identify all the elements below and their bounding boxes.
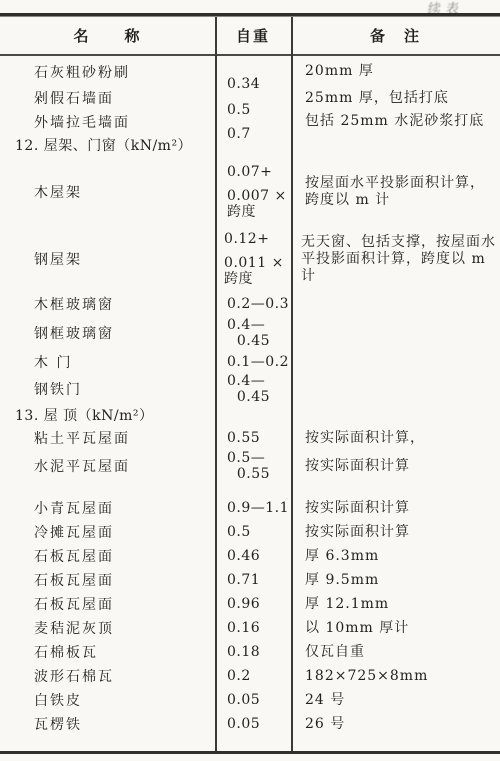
name-cell: 麦秸泥灰顶 bbox=[0, 616, 215, 640]
name-cell: 钢屋架 bbox=[0, 226, 212, 292]
table-row: 钢屋架0.12+0.011 ×跨度无天窗、包括支撑，按屋面水平投影面积计算，跨度… bbox=[0, 226, 500, 292]
self-weight-cell: 0.16 bbox=[215, 616, 291, 640]
remark-cell: 包括 25mm 水泥砂浆打底 bbox=[291, 110, 500, 133]
remark-cell bbox=[291, 404, 500, 426]
name-cell: 13. 屋 顶（kN/m²） bbox=[0, 404, 215, 426]
column-divider-weight-remark bbox=[291, 17, 293, 751]
header-self-weight-column: 自重 bbox=[215, 25, 291, 46]
name-cell: 石板瓦屋面 bbox=[0, 544, 215, 568]
table-row: 石板瓦屋面0.71厚 9.5mm bbox=[0, 568, 500, 592]
remark-cell: 厚 9.5mm bbox=[291, 568, 500, 592]
name-cell: 波形石棉瓦 bbox=[0, 664, 215, 688]
name-cell: 石棉板瓦 bbox=[0, 640, 215, 664]
table-row: 石灰粗砂粉刷0.3420mm 厚 bbox=[0, 57, 500, 86]
table-row: 水泥平瓦屋面0.5— 0.55按实际面积计算 bbox=[0, 450, 500, 482]
name-cell: 白铁皮 bbox=[0, 688, 215, 712]
self-weight-cell: 0.4— 0.45 bbox=[215, 374, 291, 404]
name-cell: 瓦楞铁 bbox=[0, 712, 215, 736]
remark-cell bbox=[291, 315, 500, 350]
self-weight-cell: 0.5— 0.55 bbox=[215, 450, 291, 482]
self-weight-cell: 0.1—0.2 bbox=[215, 350, 291, 374]
table-row: 瓦楞铁0.0526 号 bbox=[0, 712, 500, 736]
self-weight-cell: 0.7 bbox=[215, 122, 291, 145]
self-weight-cell: 0.55 bbox=[215, 426, 291, 450]
self-weight-cell: 0.5 bbox=[215, 98, 291, 122]
section-header-row: 13. 屋 顶（kN/m²） bbox=[0, 404, 500, 426]
remark-cell: 厚 6.3mm bbox=[291, 544, 500, 568]
remark-cell: 20mm 厚 bbox=[291, 57, 500, 86]
remark-cell: 按屋面水平投影面积计算，跨度以 m 计 bbox=[291, 157, 500, 226]
remark-cell: 按实际面积计算 bbox=[291, 496, 500, 520]
self-weight-cell: 0.07+0.007 ×跨度 bbox=[215, 157, 291, 226]
self-weight-cell: 0.05 bbox=[215, 688, 291, 712]
table-row: 石板瓦屋面0.96厚 12.1mm bbox=[0, 592, 500, 616]
self-weight-cell: 0.5 bbox=[215, 520, 291, 544]
header-remark-column: 备 注 bbox=[291, 25, 500, 46]
table-row: 木 门0.1—0.2 bbox=[0, 350, 500, 374]
name-cell: 小青瓦屋面 bbox=[0, 496, 215, 520]
self-weight-cell: 0.46 bbox=[215, 544, 291, 568]
table-body: 石灰粗砂粉刷0.3420mm 厚剁假石墙面0.525mm 厚，包括打底外墙拉毛墙… bbox=[0, 57, 500, 751]
self-weight-cell: 0.9—1.1 bbox=[215, 496, 291, 520]
name-cell: 粘土平瓦屋面 bbox=[0, 426, 215, 450]
table-row: 石棉板瓦0.18仅瓦自重 bbox=[0, 640, 500, 664]
remark-cell: 26 号 bbox=[291, 712, 500, 736]
table-row: 麦秸泥灰顶0.16以 10mm 厚计 bbox=[0, 616, 500, 640]
self-weight-cell: 0.2—0.3 bbox=[215, 292, 291, 315]
table-row: 冷摊瓦屋面0.5按实际面积计算 bbox=[0, 520, 500, 544]
table-row: 木框玻璃窗0.2—0.3 bbox=[0, 292, 500, 315]
table-row: 小青瓦屋面0.9—1.1按实际面积计算 bbox=[0, 496, 500, 520]
table-row: 钢铁门0.4— 0.45 bbox=[0, 374, 500, 404]
name-cell: 水泥平瓦屋面 bbox=[0, 450, 215, 482]
name-cell: 石灰粗砂粉刷 bbox=[0, 57, 215, 86]
name-cell: 12. 屋架、门窗（kN/m²） bbox=[0, 133, 215, 157]
remark-cell: 25mm 厚，包括打底 bbox=[291, 86, 500, 110]
name-cell: 剁假石墙面 bbox=[0, 86, 215, 110]
name-cell: 木屋架 bbox=[0, 157, 215, 226]
remark-cell: 以 10mm 厚计 bbox=[291, 616, 500, 640]
table-row: 白铁皮0.0524 号 bbox=[0, 688, 500, 712]
name-cell: 钢框玻璃窗 bbox=[0, 315, 215, 350]
name-cell: 木框玻璃窗 bbox=[0, 292, 215, 315]
table-row: 粘土平瓦屋面0.55按实际面积计算， bbox=[0, 426, 500, 450]
remark-cell: 按实际面积计算 bbox=[291, 520, 500, 544]
self-weight-cell: 0.96 bbox=[215, 592, 291, 616]
remark-cell: 厚 12.1mm bbox=[291, 592, 500, 616]
remark-cell: 按实际面积计算 bbox=[291, 450, 500, 482]
column-divider-name-weight bbox=[215, 17, 217, 751]
self-weight-cell: 0.18 bbox=[215, 640, 291, 664]
remark-cell: 按实际面积计算， bbox=[291, 426, 500, 450]
self-weight-cell: 0.34 bbox=[215, 69, 291, 98]
table-row: 波形石棉瓦0.2182×725×8mm bbox=[0, 664, 500, 688]
remark-cell bbox=[291, 133, 500, 157]
name-cell: 外墙拉毛墙面 bbox=[0, 110, 215, 133]
scanned-table-page: 续表 名 称 自重 备 注 石灰粗砂粉刷0.3420mm 厚剁假石墙面0.525… bbox=[0, 0, 500, 761]
table-row: 钢框玻璃窗0.4— 0.45 bbox=[0, 315, 500, 350]
remark-cell: 仅瓦自重 bbox=[291, 640, 500, 664]
header-name-column: 名 称 bbox=[0, 25, 215, 46]
table-header-row: 名 称 自重 备 注 bbox=[0, 17, 500, 56]
name-cell: 石板瓦屋面 bbox=[0, 568, 215, 592]
table-row: 木屋架0.07+0.007 ×跨度按屋面水平投影面积计算，跨度以 m 计 bbox=[0, 157, 500, 226]
self-weight-cell: 0.2 bbox=[215, 664, 291, 688]
bottom-border-rule bbox=[0, 751, 500, 754]
name-cell: 石板瓦屋面 bbox=[0, 592, 215, 616]
name-cell: 钢铁门 bbox=[0, 374, 215, 404]
remark-cell bbox=[291, 292, 500, 315]
self-weight-cell: 0.4— 0.45 bbox=[215, 315, 291, 350]
self-weight-cell: 0.12+0.011 ×跨度 bbox=[212, 226, 287, 292]
remark-cell: 182×725×8mm bbox=[291, 664, 500, 688]
remark-cell: 无天窗、包括支撑，按屋面水平投影面积计算，跨度以 m计 bbox=[287, 226, 500, 292]
name-cell: 冷摊瓦屋面 bbox=[0, 520, 215, 544]
remark-cell: 24 号 bbox=[291, 688, 500, 712]
name-cell: 木 门 bbox=[0, 350, 215, 374]
table-row: 石板瓦屋面0.46厚 6.3mm bbox=[0, 544, 500, 568]
self-weight-cell: 0.71 bbox=[215, 568, 291, 592]
remark-cell bbox=[291, 350, 500, 374]
self-weight-cell: 0.05 bbox=[215, 712, 291, 736]
remark-cell bbox=[291, 374, 500, 404]
self-weight-cell bbox=[215, 404, 291, 426]
